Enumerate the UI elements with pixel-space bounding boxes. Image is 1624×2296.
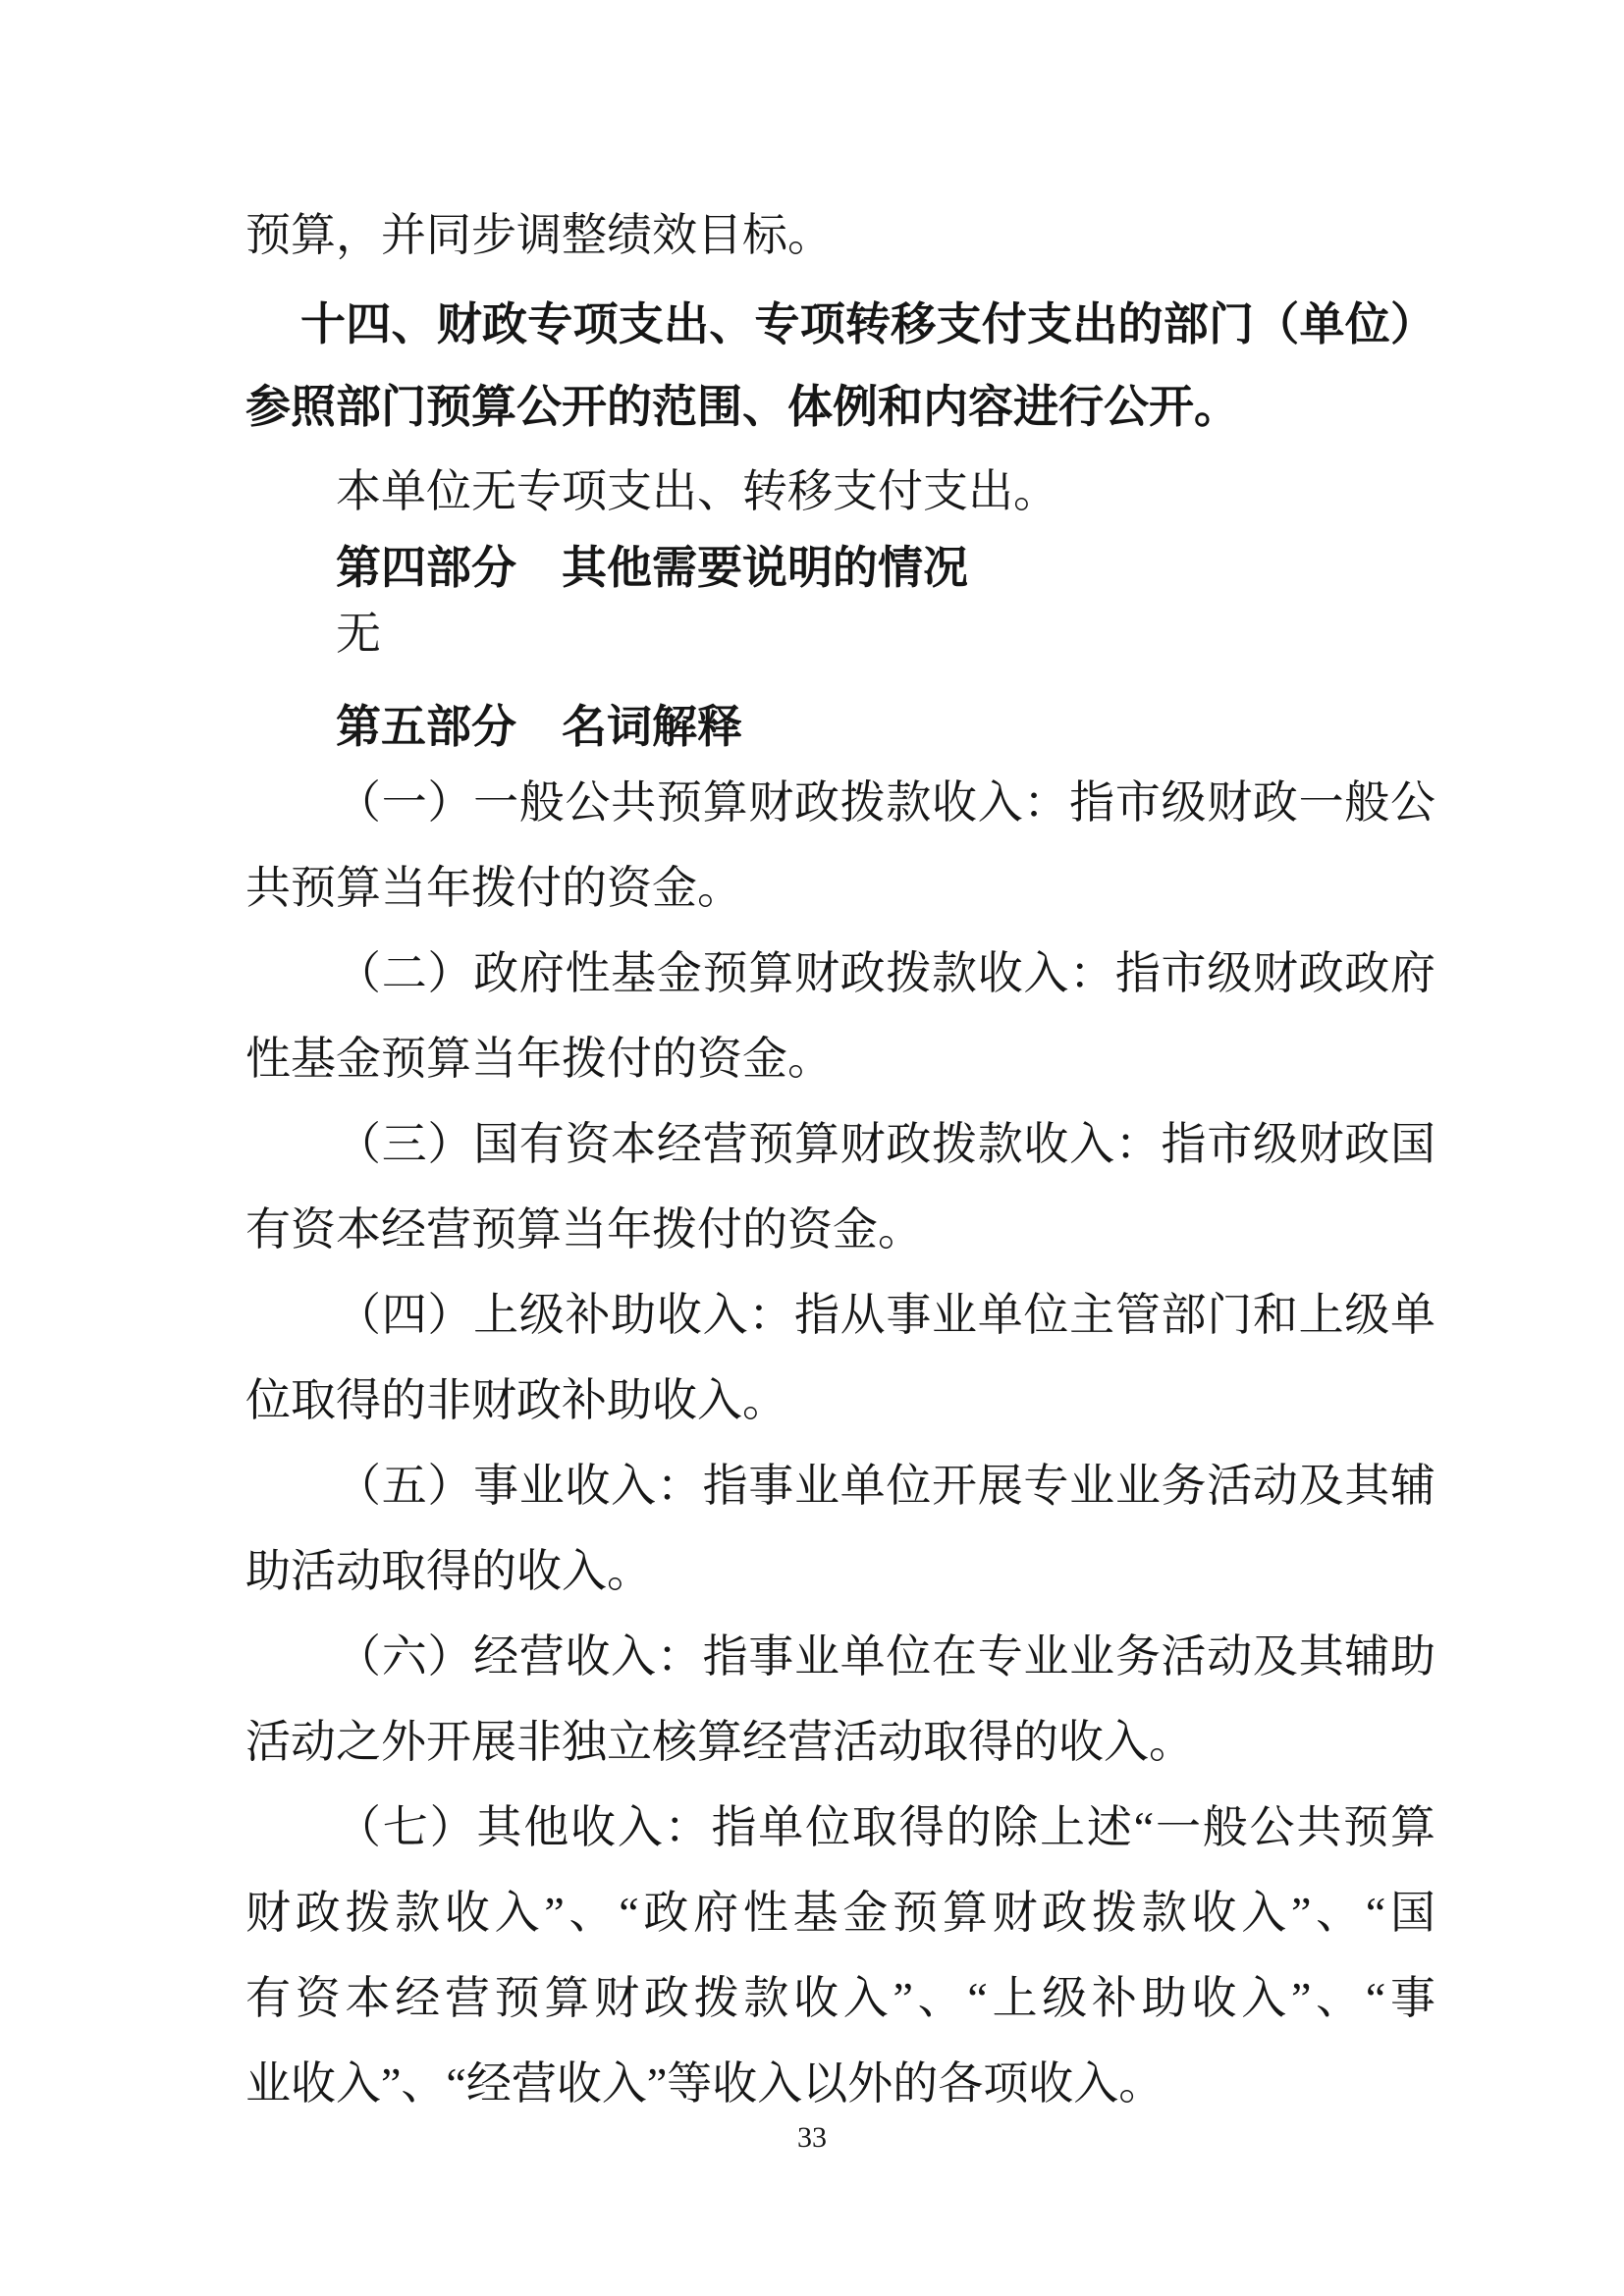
paragraph-term-3: （三）国有资本经营预算财政拨款收入：指市级财政国有资本经营预算当年拨付的资金。 (245, 1101, 1435, 1272)
text-line: 有资本经营预算当年拨付的资金。 (245, 1187, 1435, 1272)
text-line: （七）其他收入：指单位取得的除上述“一般公共预算 (245, 1785, 1435, 1870)
text-line: （二）政府性基金预算财政拨款收入：指市级财政政府 (245, 931, 1435, 1016)
text-line: （四）上级补助收入：指从事业单位主管部门和上级单 (245, 1272, 1435, 1358)
text-line: 共预算当年拨付的资金。 (245, 845, 1435, 931)
paragraph-term-2: （二）政府性基金预算财政拨款收入：指市级财政政府性基金预算当年拨付的资金。 (245, 931, 1435, 1101)
page-number: 33 (0, 2120, 1624, 2156)
text-line: 助活动取得的收入。 (245, 1528, 1435, 1614)
paragraph-part-4-heading: 第四部分 其他需要说明的情况 (245, 534, 1435, 601)
text-line: 性基金预算当年拨付的资金。 (245, 1016, 1435, 1101)
text-line: 本单位无专项支出、转移支付支出。 (245, 449, 1435, 534)
text-line: 参照部门预算公开的范围、体例和内容进行公开。 (245, 366, 1435, 449)
text-line: （六）经营收入：指事业单位在专业业务活动及其辅助 (245, 1614, 1435, 1699)
text-line: 十四、财政专项支出、专项转移支付支出的部门（单位） (245, 284, 1435, 366)
text-line: 有资本经营预算财政拨款收入”、“上级补助收入”、“事 (245, 1955, 1435, 2041)
text-line: 位取得的非财政补助收入。 (245, 1358, 1435, 1443)
text-line: （一）一般公共预算财政拨款收入：指市级财政一般公 (245, 760, 1435, 845)
text-line: （三）国有资本经营预算财政拨款收入：指市级财政国 (245, 1101, 1435, 1187)
paragraph-continuation: 预算，并同步调整绩效目标。 (245, 192, 1435, 278)
text-line: 业收入”、“经营收入”等收入以外的各项收入。 (245, 2041, 1435, 2126)
text-line: 活动之外开展非独立核算经营活动取得的收入。 (245, 1699, 1435, 1785)
text-line: 第四部分 其他需要说明的情况 (245, 534, 1435, 601)
paragraph-term-6: （六）经营收入：指事业单位在专业业务活动及其辅助活动之外开展非独立核算经营活动取… (245, 1614, 1435, 1785)
paragraph-item-14: 十四、财政专项支出、专项转移支付支出的部门（单位）参照部门预算公开的范围、体例和… (245, 284, 1435, 449)
text-line: 财政拨款收入”、“政府性基金预算财政拨款收入”、“国 (245, 1870, 1435, 1955)
paragraph-term-4: （四）上级补助收入：指从事业单位主管部门和上级单位取得的非财政补助收入。 (245, 1272, 1435, 1443)
document-content: 预算，并同步调整绩效目标。十四、财政专项支出、专项转移支付支出的部门（单位）参照… (245, 192, 1435, 2126)
text-line: 无 (245, 601, 1435, 667)
paragraph-term-5: （五）事业收入：指事业单位开展专业业务活动及其辅助活动取得的收入。 (245, 1443, 1435, 1614)
document-page: 预算，并同步调整绩效目标。十四、财政专项支出、专项转移支付支出的部门（单位）参照… (0, 0, 1624, 2296)
paragraph-term-1: （一）一般公共预算财政拨款收入：指市级财政一般公共预算当年拨付的资金。 (245, 760, 1435, 931)
text-line: 第五部分 名词解释 (245, 693, 1435, 760)
text-line: （五）事业收入：指事业单位开展专业业务活动及其辅 (245, 1443, 1435, 1528)
paragraph-part-5-heading: 第五部分 名词解释 (245, 693, 1435, 760)
paragraph-term-7: （七）其他收入：指单位取得的除上述“一般公共预算财政拨款收入”、“政府性基金预算… (245, 1785, 1435, 2126)
text-line: 预算，并同步调整绩效目标。 (245, 192, 1435, 278)
paragraph-none: 无 (245, 601, 1435, 667)
paragraph-no-special-expenditure: 本单位无专项支出、转移支付支出。 (245, 449, 1435, 534)
